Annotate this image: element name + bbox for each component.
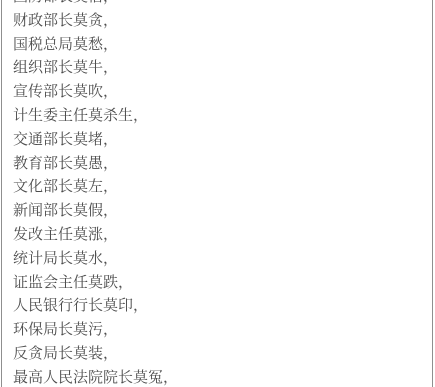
text-line: 计生委主任莫杀生， xyxy=(13,104,432,128)
text-line: 文化部长莫左， xyxy=(13,175,432,199)
text-line: 财政部长莫贪， xyxy=(13,9,432,33)
text-line: 发改主任莫涨， xyxy=(13,223,432,247)
text-line: 组织部长莫牛， xyxy=(13,56,432,80)
text-line: 人民银行行长莫印， xyxy=(13,294,432,318)
text-line: 最高人民法院院长莫冤， xyxy=(13,366,432,387)
text-line: 国防部长莫信， xyxy=(13,0,432,9)
document-viewport: 国防部长莫信，财政部长莫贪，国税总局莫愁，组织部长莫牛，宣传部长莫吹，计生委主任… xyxy=(0,0,435,387)
text-line: 证监会主任莫跌， xyxy=(13,271,432,295)
text-lines: 国防部长莫信，财政部长莫贪，国税总局莫愁，组织部长莫牛，宣传部长莫吹，计生委主任… xyxy=(2,0,432,387)
text-line: 反贪局长莫装， xyxy=(13,342,432,366)
text-line: 环保局长莫污， xyxy=(13,318,432,342)
text-line: 教育部长莫愚， xyxy=(13,152,432,176)
text-line: 国税总局莫愁， xyxy=(13,33,432,57)
text-line: 统计局长莫水， xyxy=(13,247,432,271)
document-page: 国防部长莫信，财政部长莫贪，国税总局莫愁，组织部长莫牛，宣传部长莫吹，计生委主任… xyxy=(1,0,433,387)
text-line: 交通部长莫堵， xyxy=(13,128,432,152)
text-line: 新闻部长莫假， xyxy=(13,199,432,223)
text-line: 宣传部长莫吹， xyxy=(13,80,432,104)
